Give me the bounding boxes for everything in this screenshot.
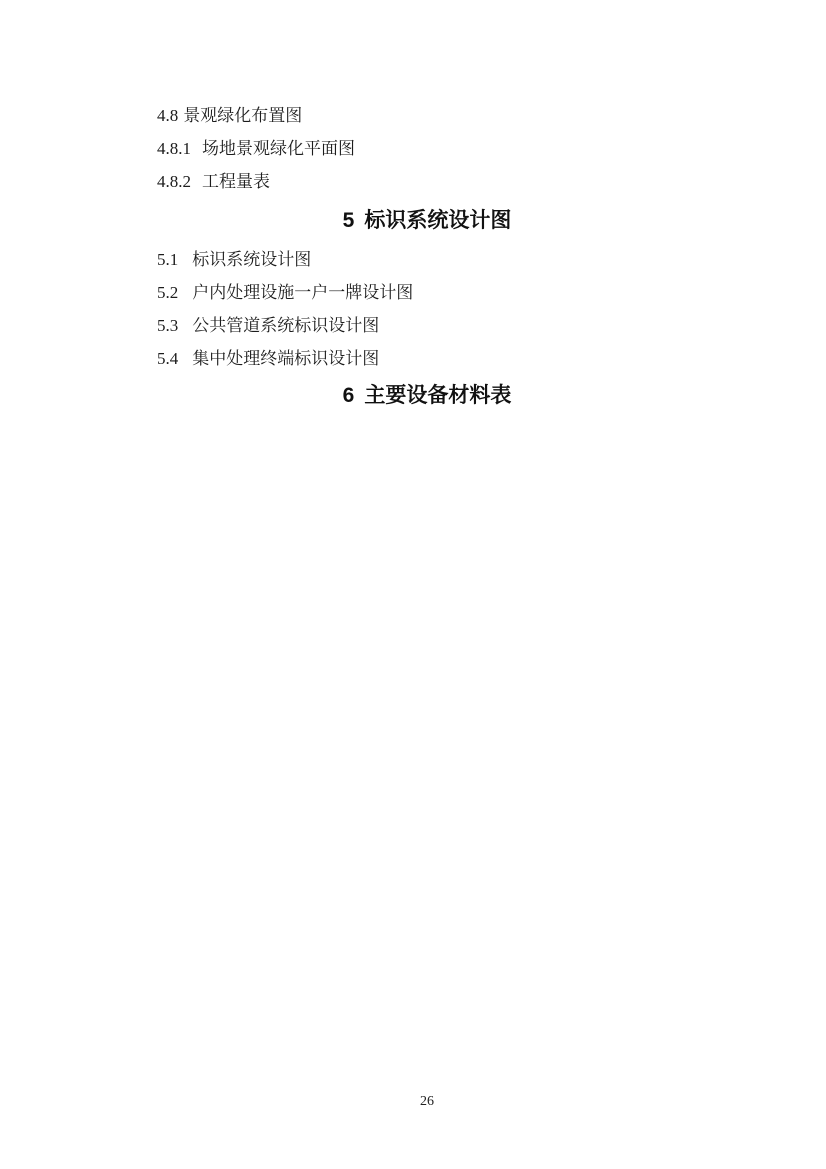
toc-item: 4.8.1场地景观绿化平面图 — [157, 132, 697, 165]
page-number: 26 — [0, 1093, 826, 1111]
toc-item: 4.8景观绿化布置图 — [157, 99, 697, 132]
chapter-heading: 6主要设备材料表 — [157, 377, 697, 414]
item-text: 场地景观绿化平面图 — [202, 139, 355, 158]
item-text: 集中处理终端标识设计图 — [192, 349, 379, 368]
item-number: 4.8 — [157, 99, 178, 132]
heading-number: 6 — [343, 384, 355, 407]
toc-item: 5.1标识系统设计图 — [157, 243, 697, 276]
document-page: 4.8景观绿化布置图 4.8.1场地景观绿化平面图 4.8.2工程量表 5标识系… — [0, 0, 826, 1169]
item-number: 4.8.1 — [157, 132, 191, 165]
item-number: 5.3 — [157, 309, 178, 342]
item-text: 公共管道系统标识设计图 — [192, 316, 379, 335]
item-number: 5.1 — [157, 243, 178, 276]
toc-item: 5.3公共管道系统标识设计图 — [157, 309, 697, 342]
toc-content: 4.8景观绿化布置图 4.8.1场地景观绿化平面图 4.8.2工程量表 5标识系… — [0, 0, 826, 414]
heading-text: 标识系统设计图 — [364, 209, 511, 232]
chapter-heading: 5标识系统设计图 — [157, 202, 697, 239]
item-text: 标识系统设计图 — [192, 250, 311, 269]
item-number: 5.4 — [157, 342, 178, 375]
toc-item: 5.4集中处理终端标识设计图 — [157, 342, 697, 375]
heading-text: 主要设备材料表 — [364, 384, 511, 407]
toc-item: 4.8.2工程量表 — [157, 165, 697, 198]
item-text: 工程量表 — [202, 172, 270, 191]
heading-number: 5 — [343, 209, 355, 232]
toc-item: 5.2户内处理设施一户一牌设计图 — [157, 276, 697, 309]
item-number: 4.8.2 — [157, 165, 191, 198]
item-text: 景观绿化布置图 — [183, 106, 302, 125]
item-number: 5.2 — [157, 276, 178, 309]
item-text: 户内处理设施一户一牌设计图 — [192, 283, 413, 302]
